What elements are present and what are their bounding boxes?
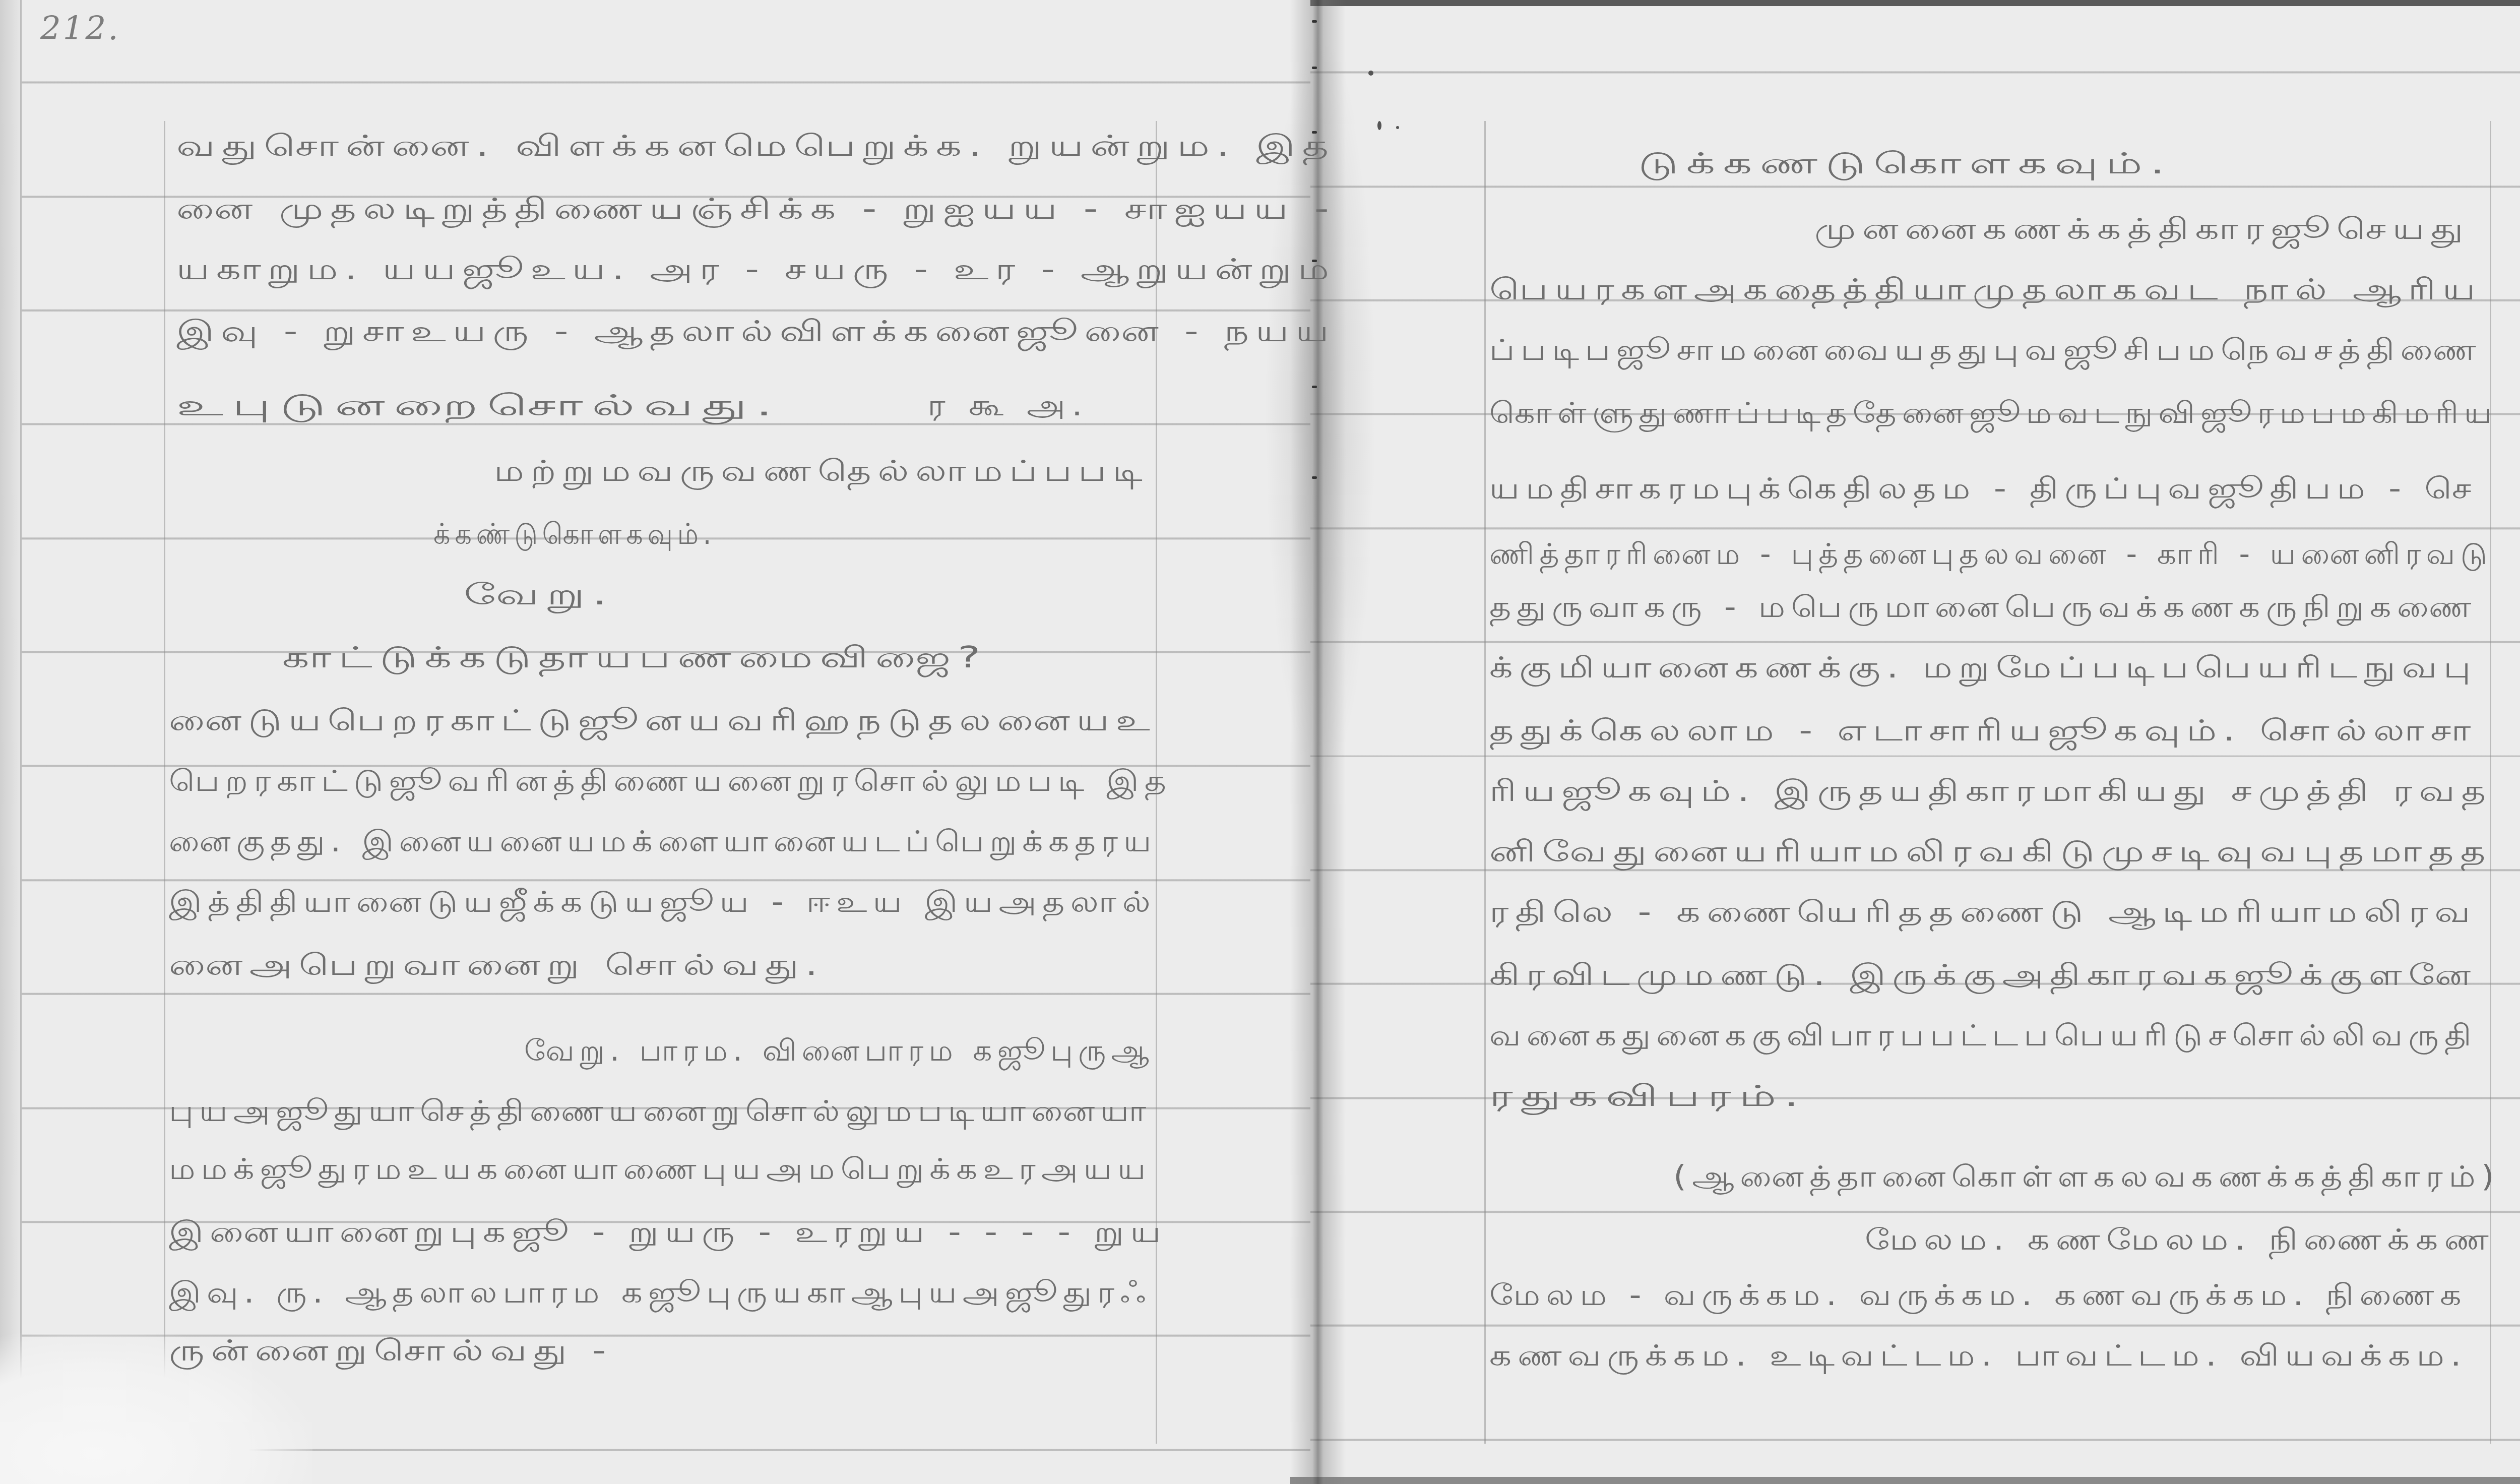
- binding-stitch: [1312, 67, 1317, 69]
- handwritten-line: மேலம - வருக்கம. வருக்கம. கணவருக்கம. நிணை…: [1489, 1278, 2467, 1316]
- binding-stitch: [1312, 476, 1317, 479]
- handwritten-line: கொள்ளுதுணாப்படிததேனைஜூமவடநுவிஜூரமபமகிமரி…: [1489, 396, 2497, 434]
- handwritten-line: ரதுகவிபரம்.: [1489, 1079, 1806, 1117]
- handwritten-line: கணவருக்கம. உடிவட்டம. பாவட்டம. வியவக்கம.: [1489, 1338, 2468, 1377]
- handwritten-line: னிவேதுனையரியாமலிரவகிடுமுசடிவுவபுதமாதத: [1489, 834, 2492, 873]
- handwritten-line: முனனைகணக்கத்திகாரஜூசெயது: [1814, 212, 2470, 250]
- handwritten-line: கிரவிடமுமணடு. இருக்குஅதிகாரவகஜூக்குளனே: [1489, 958, 2477, 996]
- left-page-margin-line: [164, 121, 165, 1444]
- handwritten-line: மேலம. கணமேலம. நிணைக்கண: [1865, 1222, 2495, 1261]
- ink-speck: [1396, 126, 1399, 129]
- handwritten-line: யகாறும. யயஜூஉய. அர - சயரு - உர - ஆறுயன்ற…: [176, 252, 1336, 290]
- handwritten-line: வனைகதுனைககுவிபாரபபட்டபபெயரிடுசசொல்லிவருத…: [1489, 1018, 2477, 1057]
- ink-speck: [1377, 121, 1381, 130]
- handwritten-line: னைஅபெறுவானைறு சொல்வது.: [169, 948, 824, 986]
- notebook-spread: 212. 213. வதுசொன்னை. விளக்கனமெபெறுக்க. ற…: [0, 0, 2520, 1484]
- handwritten-line: உபுடுனறைசொல்வது.: [176, 388, 781, 426]
- handwritten-line: வேறு.: [464, 577, 614, 615]
- handwritten-line: பெயரகளஅகதைத்தியாமுதலாகவட நால் ஆரிய: [1489, 272, 2482, 311]
- handwritten-line: இத்திதியானைடுயஜீக்கடுயஜூய - ஈஉய இயஅதலால்: [169, 885, 1157, 923]
- binding-stitch: [1312, 20, 1317, 23]
- handwritten-line: னை முதலடிறுத்திணையஞ்சிக்க - றுஐயய - சாஐய…: [176, 192, 1336, 230]
- page-number-left: 212.: [40, 10, 120, 47]
- handwritten-line: னைடுயபெறரகாட்டுஜூனயவரிஹநடுதலனையஉ: [169, 703, 1157, 741]
- handwritten-line: மமக்ஜூதுரமஉயகனையாணைபுயஅமபெறுக்கஉரஅயய: [169, 1152, 1151, 1190]
- handwritten-line: இவு. ரு. ஆதலாலபாரம கஜூபுருயகாஆபுயஅஜூதுரஃ: [169, 1275, 1152, 1314]
- handwritten-line: வேறு. பாரம. வினைபாரம கஜூபுருஆ: [524, 1033, 1154, 1072]
- handwritten-line: ரியஜூகவும். இருதயதிகாரமாகியது சமுத்தி ரவ…: [1489, 774, 2492, 812]
- handwritten-line: இனையானைறுபுகஜூ - றுயரு - உரறுய - - - - ற…: [169, 1215, 1167, 1253]
- handwritten-line: மற்றுமவருவணதெல்லாமப்பபடி: [494, 454, 1149, 492]
- handwritten-line: ணித்தாரரினைம - புத்தனைபுதலவனை - காரி - ய…: [1489, 537, 2492, 575]
- handwritten-line: ததுக்கெலலாம - எடாசாரியஜூகவும். சொல்லாசா: [1489, 713, 2477, 752]
- handwritten-line: ர கூ அ.: [927, 388, 1089, 426]
- handwritten-line: னைகுதது. இனையனையமக்ளையானையடப்பெறுக்கதரய: [169, 824, 1157, 862]
- handwritten-line: க்கண்டுகொளகவும்.: [433, 517, 716, 555]
- handwritten-line: க்குமியானைகணக்கு. மறுமேப்படிபபெயரிடநுவபு: [1489, 650, 2477, 689]
- handwritten-line: ரதிலெ - கணையெரிததணைடு ஆடிமரியாமலிரவ: [1489, 895, 2477, 933]
- bottom-scan-border: [1290, 1477, 2520, 1484]
- handwritten-line: யமதிசாகரமபுக்கெதிலதம - திருப்புவஜூதிபம -…: [1489, 471, 2477, 510]
- ink-speck: [1368, 71, 1373, 76]
- handwritten-line: இவு - றுசாஉயரு - ஆதலால்விளக்கனைஜூனை - நய…: [176, 314, 1336, 352]
- handwritten-line: பெறரகாட்டுஜூவரினத்திணையனைறுரசொல்லுமபடி இ…: [169, 764, 1172, 802]
- binding-stitch: [1312, 386, 1317, 388]
- left-page-edge: [0, 0, 22, 1484]
- handwritten-line: ருன்னைறுசொல்வது -: [169, 1333, 613, 1372]
- handwritten-line: காட்டுக்கடுதாயபணமைவிஜை?: [282, 640, 988, 678]
- handwritten-line: வதுசொன்னை. விளக்கனமெபெறுக்க. றுயன்றும. இ…: [176, 129, 1336, 167]
- right-page-margin-line: [1484, 121, 1486, 1444]
- handwritten-line: (ஆனைத்தானைகொள்ளகலவகணக்கத்திகாரம்): [1673, 1159, 2500, 1198]
- handwritten-line: புயஅஜூதுயாசெத்திணையனைறுசொல்லுமபடியானையா: [169, 1094, 1152, 1132]
- handwritten-line: ப்படிபஜூசாமனைவையததுபுவஜூசிபமநெவசத்திணை: [1489, 333, 2482, 371]
- handwritten-line: டுக்கணடுகொளகவும்.: [1638, 146, 2172, 184]
- handwritten-line: ததுருவாகரு - மபெருமானைபெருவக்கணகருநிறுகண…: [1489, 590, 2477, 628]
- top-scan-border: [1310, 0, 2520, 6]
